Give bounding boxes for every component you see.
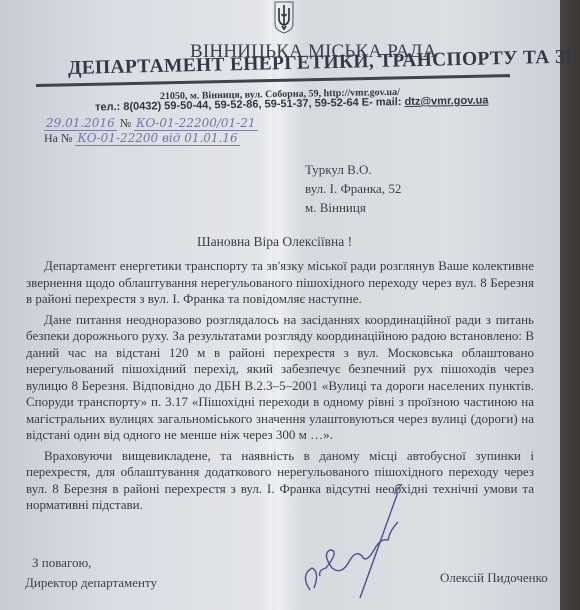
recipient-street: вул. І. Франка, 52: [305, 179, 401, 198]
number-label: №: [120, 116, 131, 130]
recipient-block: Туркул В.О. вул. І. Франка, 52 м. Вінниц…: [305, 160, 401, 217]
paragraph: Дане питання неодноразово розглядалось н…: [26, 312, 534, 444]
signer-name: Олексій Пидоченко: [440, 570, 548, 586]
signer-position: Директор департаменту: [25, 575, 157, 591]
incoming-reference: На № КО-01-22200 від 01.01.16: [44, 131, 240, 146]
reply-label: На №: [44, 131, 72, 145]
paragraph: Департамент енергетики транспорту та зв'…: [26, 258, 534, 308]
closing-regards: З повагою,: [32, 555, 91, 571]
salutation: Шановна Віра Олексіївна !: [197, 234, 352, 250]
letter-date: 29.01.2016: [44, 116, 117, 131]
letter-page: ВІННИЦЬКА МІСЬКА РАДА ДЕПАРТАМЕНТ ЕНЕРГЕ…: [0, 0, 560, 610]
trident-coat-of-arms-icon: [273, 0, 295, 34]
handwritten-signature: [270, 480, 410, 605]
recipient-city: м. Вінниця: [305, 198, 401, 217]
letter-body: Департамент енергетики транспорту та зв'…: [26, 258, 534, 518]
phones-text: тел.: 8(0432) 59-50-44, 59-52-86, 59-51-…: [95, 96, 405, 113]
letter-number: КО-01-22200/01-21: [134, 116, 257, 131]
reply-number: КО-01-22200 від 01.01.16: [75, 131, 239, 146]
outgoing-reference: 29.01.2016 № КО-01-22200/01-21: [44, 116, 258, 131]
recipient-name: Туркул В.О.: [305, 160, 401, 179]
contact-line: тел.: 8(0432) 59-50-44, 59-52-86, 59-51-…: [95, 95, 489, 114]
email-link[interactable]: dtz@vmr.gov.ua: [404, 95, 488, 108]
